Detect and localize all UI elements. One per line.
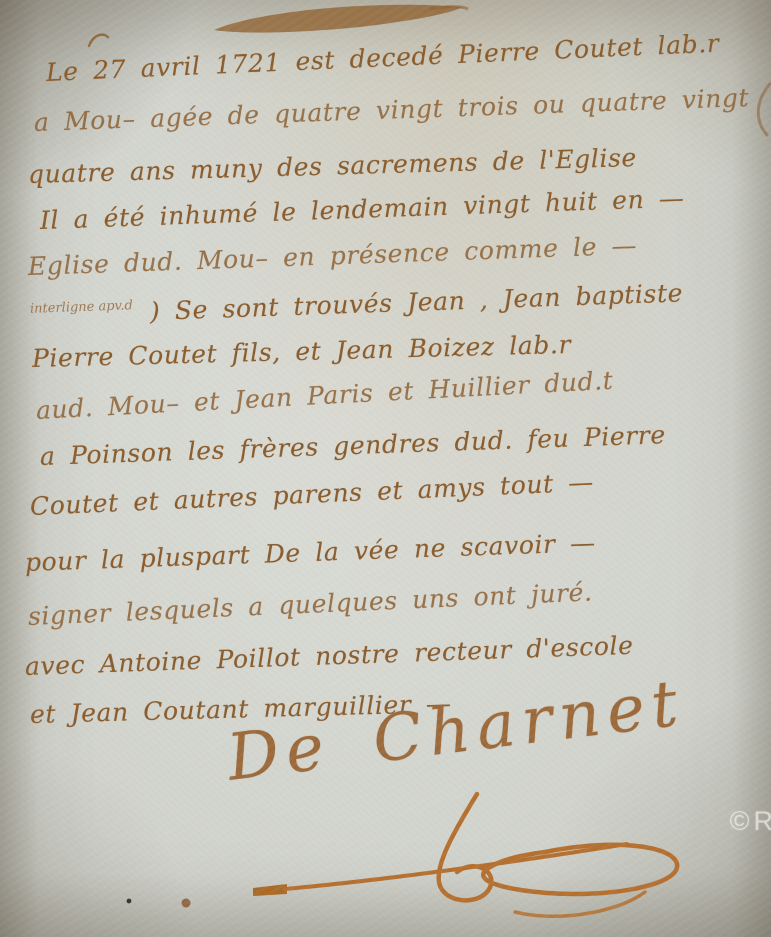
manuscript-line-10: Coutet et autres parens et amys tout — [29, 467, 594, 521]
manuscript-line-1: Le 27 avril 1721 est decedé Pierre Coute… [45, 29, 720, 87]
ink-dot-small [125, 897, 133, 905]
signature-paraph-ink [215, 792, 695, 932]
manuscript-line-6: ) Se sont trouvés Jean , Jean baptiste [149, 278, 683, 326]
manuscript-page: Le 27 avril 1721 est decedé Pierre Coute… [0, 0, 771, 937]
signature: De Charnet [223, 666, 688, 795]
manuscript-line-8: aud. Mou– et Jean Paris et Huillier dud.… [35, 366, 614, 425]
manuscript-line-7: Pierre Coutet fils, et Jean Boizez lab.r [32, 330, 572, 373]
manuscript-line-4: Il a été inhumé le lendemain vingt huit … [39, 184, 684, 235]
marginal-note: interligne apv.d [30, 298, 133, 317]
manuscript-line-13: avec Antoine Poillot nostre recteur d'es… [24, 631, 633, 681]
top-cropped-flourish-ink [210, 0, 470, 36]
manuscript-line-5: Eglise dud. Mou– en présence comme le — [27, 231, 637, 281]
edge-cropped-stroke-ink [752, 82, 771, 138]
manuscript-line-3: quatre ans muny des sacremens de l'Eglis… [28, 143, 638, 189]
manuscript-line-11: pour la pluspart De la vée ne scavoir — [24, 528, 596, 577]
manuscript-line-9: a Poinson les frères gendres dud. feu Pi… [39, 420, 666, 471]
manuscript-line-12: signer lesquels a quelques uns ont juré. [27, 577, 593, 631]
manuscript-line-2: a Mou– agée de quatre vingt trois ou qua… [33, 83, 749, 137]
ink-dot-large [180, 897, 192, 909]
watermark: ©R [730, 806, 771, 837]
pen-tick-icon [86, 30, 112, 50]
